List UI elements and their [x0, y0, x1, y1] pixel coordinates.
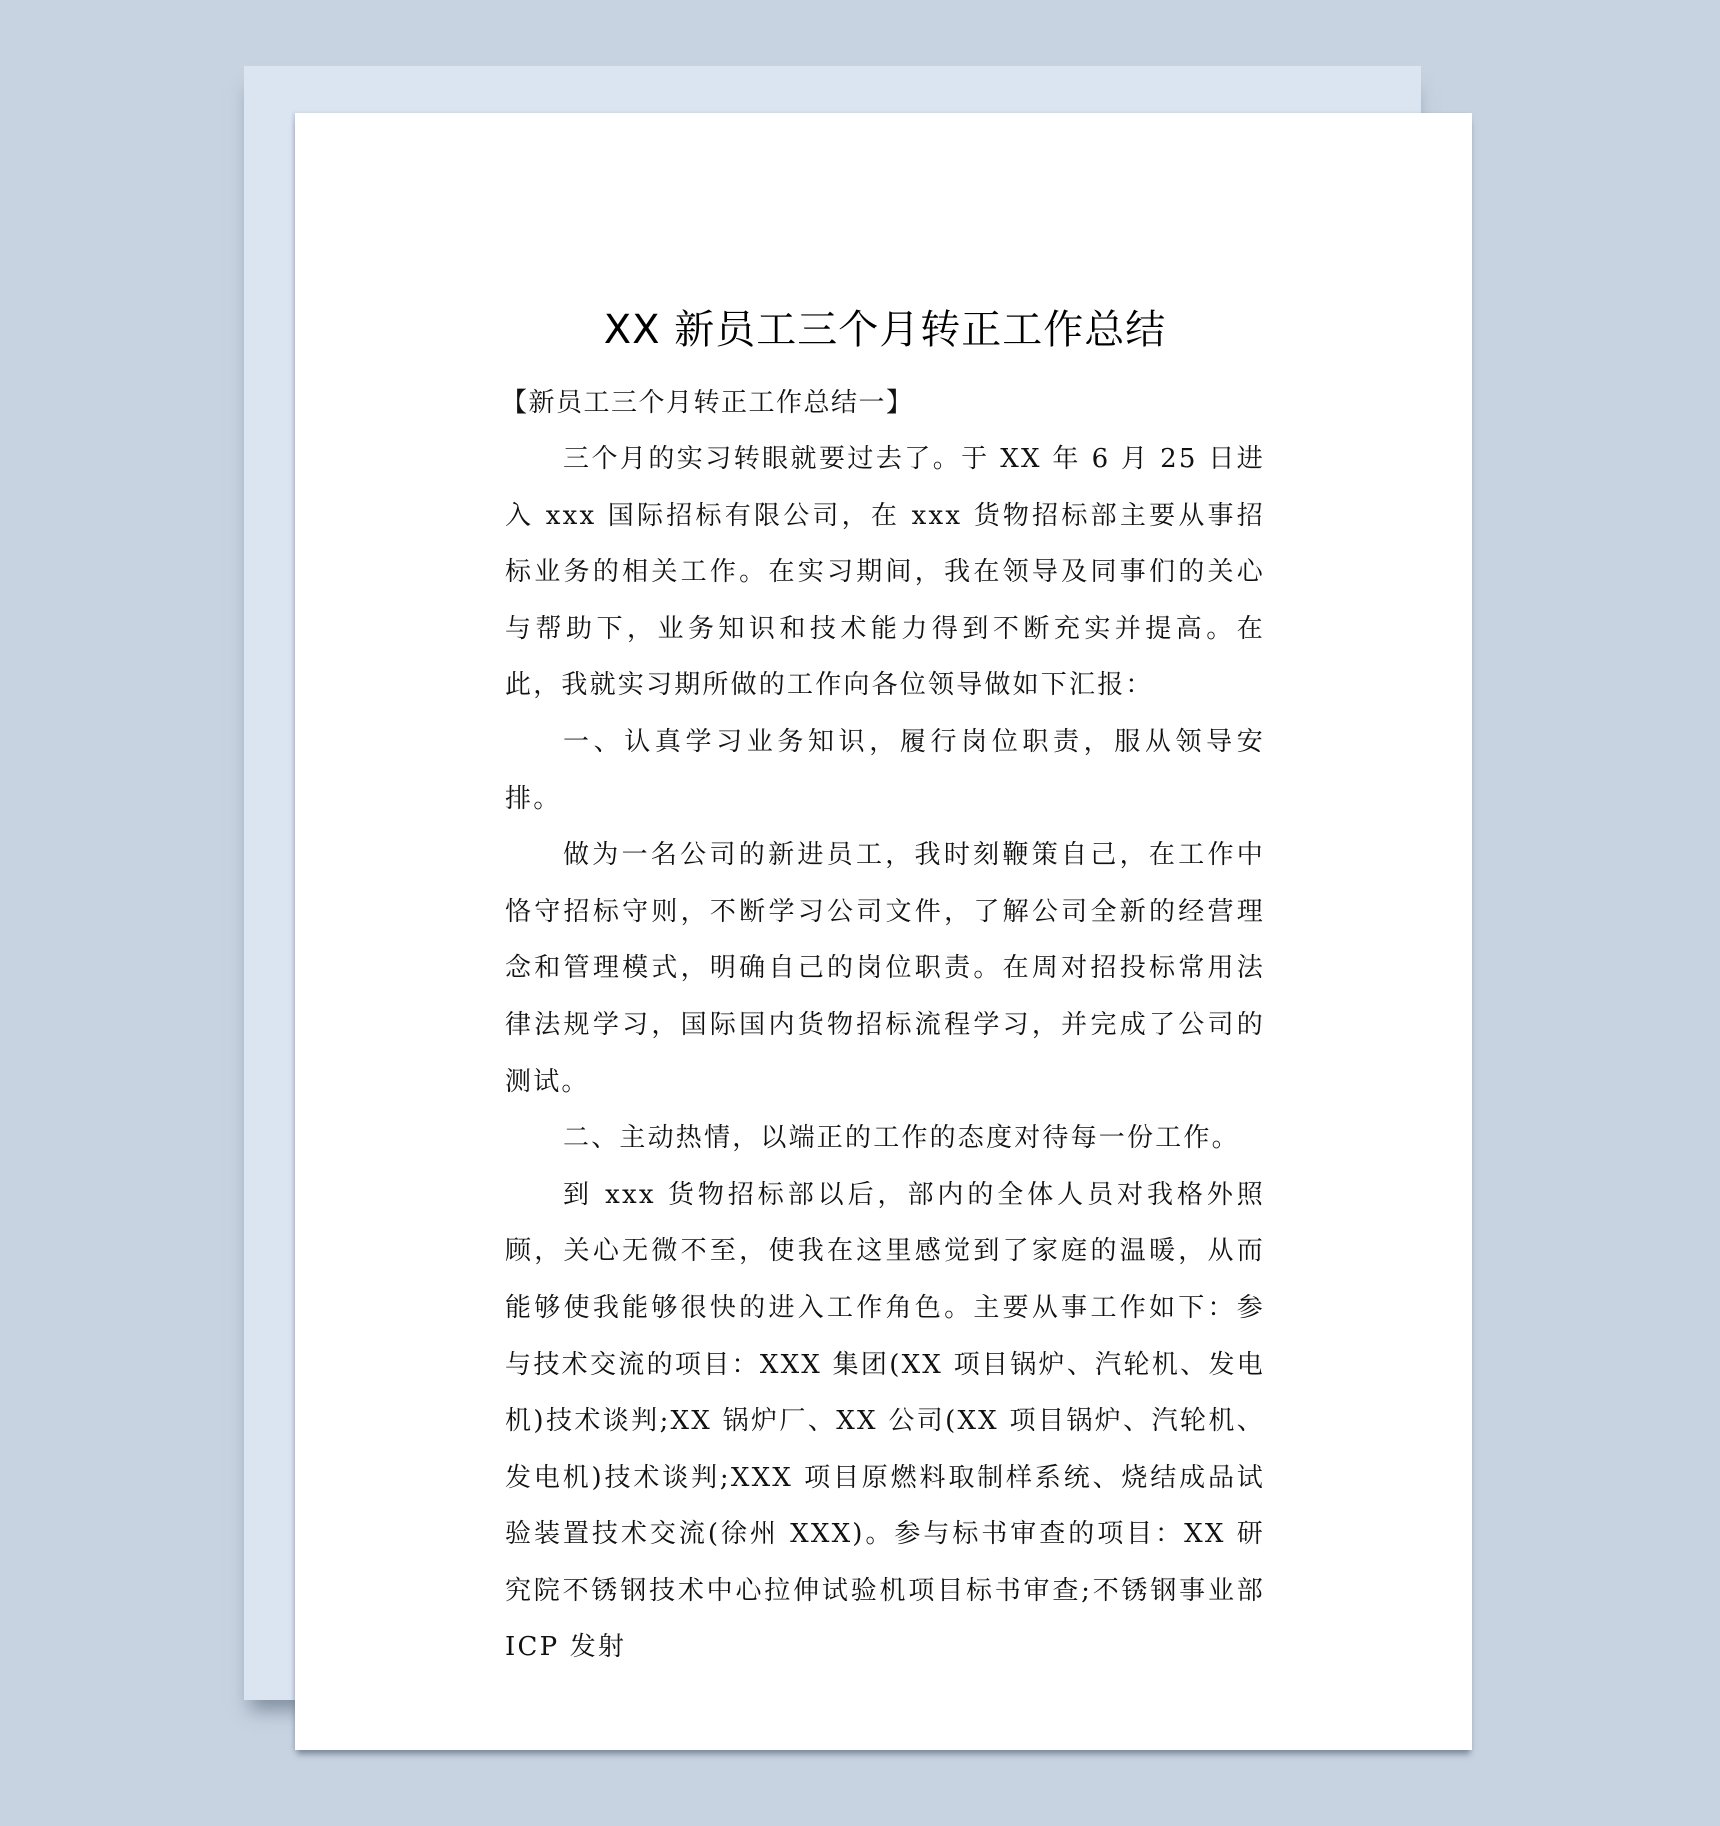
document-body: XX 新员工三个月转正工作总结 【新员工三个月转正工作总结一】 三个月的实习转眼… [505, 303, 1265, 1676]
paragraph-point-one-detail: 做为一名公司的新进员工，我时刻鞭策自己，在工作中恪守招标守则，不断学习公司文件，… [505, 827, 1265, 1110]
document-title: XX 新员工三个月转正工作总结 [505, 303, 1265, 357]
document-page: XX 新员工三个月转正工作总结 【新员工三个月转正工作总结一】 三个月的实习转眼… [295, 113, 1472, 1750]
paragraph-point-one: 一、认真学习业务知识，履行岗位职责，服从领导安排。 [505, 714, 1265, 827]
paragraph-point-two: 二、主动热情，以端正的工作的态度对待每一份工作。 [505, 1110, 1265, 1167]
section-heading: 【新员工三个月转正工作总结一】 [501, 375, 1265, 431]
paragraph-intro: 三个月的实习转眼就要过去了。于 XX 年 6 月 25 日进入 xxx 国际招标… [505, 431, 1265, 714]
paragraph-point-two-detail: 到 xxx 货物招标部以后，部内的全体人员对我格外照顾，关心无微不至，使我在这里… [505, 1167, 1265, 1676]
